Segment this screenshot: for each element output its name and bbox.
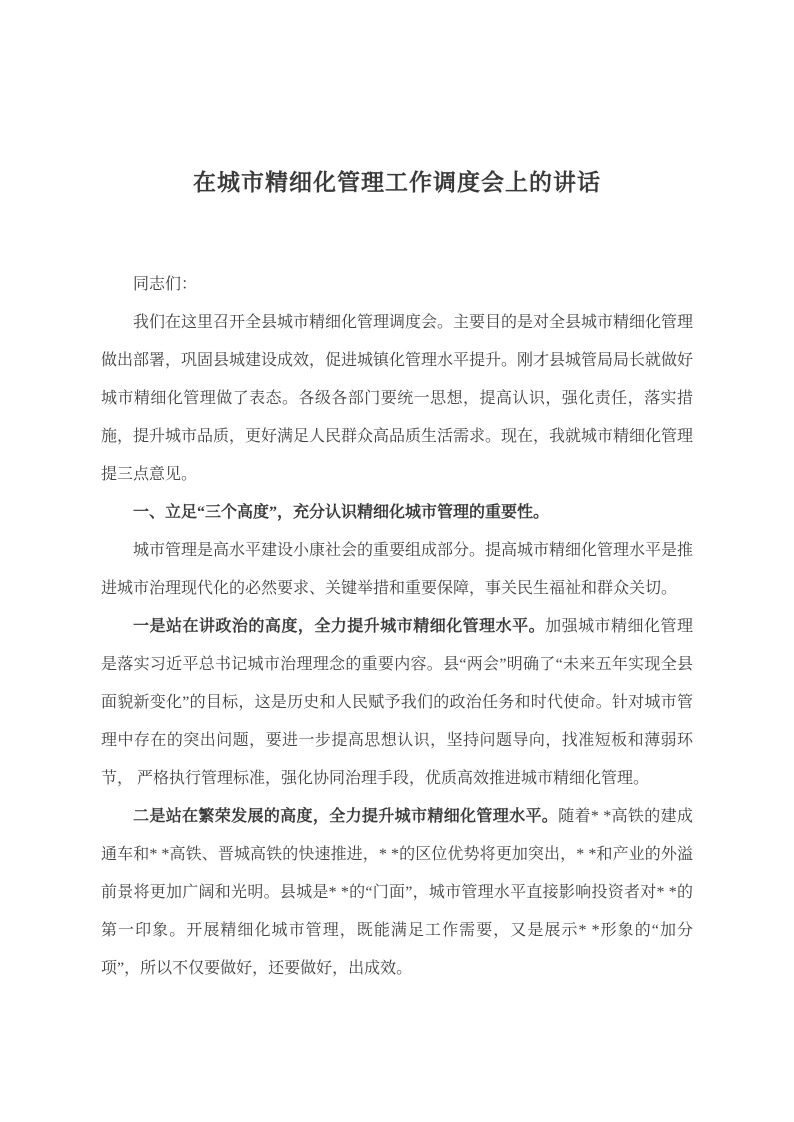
paragraph-section-1-text: 城市管理是高水平建设小康社会的重要组成部分。提高城市精细化管理水平是推进城市治理… — [101, 542, 693, 597]
document-title: 在城市精细化管理工作调度会上的讲话 — [101, 166, 693, 199]
document-page: 在城市精细化管理工作调度会上的讲话 同志们： 我们在这里召开全县城市精细化管理调… — [0, 0, 794, 1122]
paragraph-point-1-lead: 一是站在讲政治的高度，全力提升城市精细化管理水平。 — [133, 618, 545, 635]
paragraph-intro: 我们在这里召开全县城市精细化管理调度会。主要目的是对全县城市精细化管理做出部署，… — [101, 304, 693, 494]
heading-section-1-lead: 一、立足“三个高度”，充分认识精细化城市管理的重要性。 — [133, 504, 549, 521]
paragraph-point-1: 一是站在讲政治的高度，全力提升城市精细化管理水平。加强城市精细化管理是落实习近平… — [101, 608, 693, 798]
salutation-text: 同志们： — [133, 276, 197, 293]
salutation: 同志们： — [101, 266, 693, 304]
paragraph-point-2: 二是站在繁荣发展的高度，全力提升城市精细化管理水平。随着* *高铁的建成通车和*… — [101, 798, 693, 988]
heading-section-1: 一、立足“三个高度”，充分认识精细化城市管理的重要性。 — [101, 494, 693, 532]
document-body: 同志们： 我们在这里召开全县城市精细化管理调度会。主要目的是对全县城市精细化管理… — [101, 266, 693, 988]
paragraph-point-2-text: 随着* *高铁的建成通车和* *高铁、晋城高铁的快速推进，* *的区位优势将更加… — [101, 808, 693, 977]
paragraph-section-1-body: 城市管理是高水平建设小康社会的重要组成部分。提高城市精细化管理水平是推进城市治理… — [101, 532, 693, 608]
paragraph-point-2-lead: 二是站在繁荣发展的高度，全力提升城市精细化管理水平。 — [133, 808, 558, 825]
paragraph-point-1-text: 加强城市精细化管理是落实习近平总书记城市治理理念的重要内容。县“两会”明确了“未… — [101, 618, 693, 787]
paragraph-intro-text: 我们在这里召开全县城市精细化管理调度会。主要目的是对全县城市精细化管理做出部署，… — [101, 314, 693, 483]
